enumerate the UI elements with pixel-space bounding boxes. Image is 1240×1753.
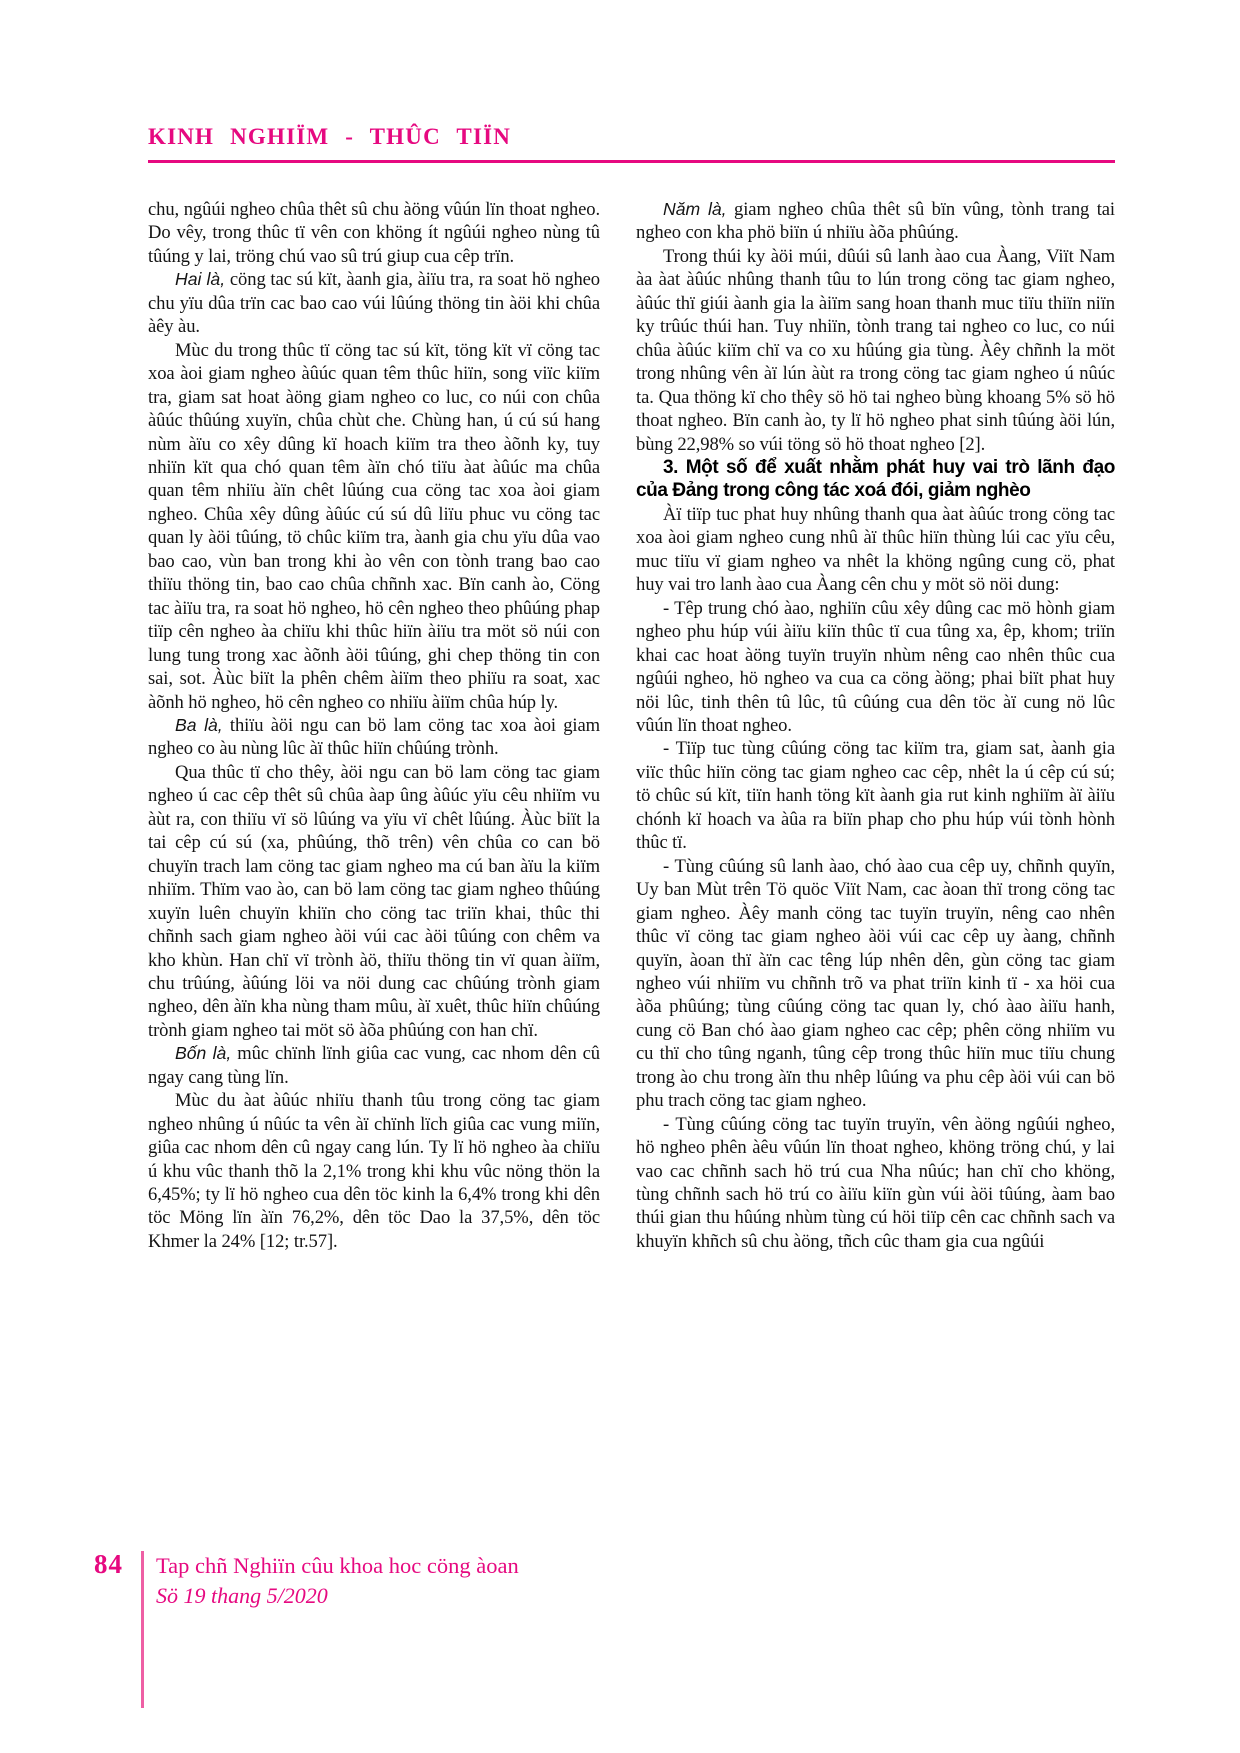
paragraph: Năm là, giam ngheo chûa thêt sû bïn vûng… [636,198,1115,245]
section-kicker: KINH NGHIÏM - THÛC TIÏN [148,124,511,150]
paragraph: Hai là, cöng tac sú kït, àanh gia, àiïu … [148,268,600,338]
footer-rule [141,1551,144,1708]
right-column: Năm là, giam ngheo chûa thêt sû bïn vûng… [636,198,1115,1253]
paragraph: Bốn là, mûc chïnh lïnh giûa cac vung, ca… [148,1042,600,1089]
journal-page: KINH NGHIÏM - THÛC TIÏN chu, ngûúi ngheo… [0,0,1240,1753]
paragraph: Ba là, thiïu àöi ngu can bö lam cöng tac… [148,714,600,761]
paragraph-text: Qua thûc tï cho thêy, àöi ngu can bö lam… [148,762,600,1041]
paragraph: Mùc du trong thûc tï cöng tac sú kït, tö… [148,339,600,714]
paragraph: Qua thûc tï cho thêy, àöi ngu can bö lam… [148,761,600,1042]
paragraph: - Tùng cûúng cöng tac tuyïn truyïn, vên … [636,1113,1115,1254]
paragraph: Àï tiïp tuc phat huy nhûng thanh qua àat… [636,503,1115,597]
paragraph-text: Àï tiïp tuc phat huy nhûng thanh qua àat… [636,504,1115,595]
section-heading: 3. Một số để xuất nhằm phát huy vai trò … [636,456,1115,503]
paragraph-lead: Hai là, [175,269,225,289]
paragraph: Mùc du àat àûúc nhiïu thanh tûu trong cö… [148,1089,600,1253]
page-number: 84 [94,1549,123,1580]
footer-journal-title: Tap chñ Nghiïn cûu khoa hoc cöng àoan [156,1551,519,1581]
paragraph: chu, ngûúi ngheo chûa thêt sû chu àöng v… [148,198,600,268]
paragraph-lead: Ba là, [175,715,223,735]
paragraph-text: - Tùng cûúng sû lanh àao, chó àao cua cê… [636,856,1115,1112]
paragraph-text: Trong thúi ky àöi múi, dûúi sû lanh àao … [636,246,1115,455]
paragraph: Trong thúi ky àöi múi, dûúi sû lanh àao … [636,245,1115,456]
paragraph-text: chu, ngûúi ngheo chûa thêt sû chu àöng v… [148,199,600,267]
paragraph-text: Mùc du àat àûúc nhiïu thanh tûu trong cö… [148,1090,600,1252]
paragraph: - Têp trung chó àao, nghiïn cûu xêy dûng… [636,597,1115,738]
paragraph: - Tiïp tuc tùng cûúng cöng tac kiïm tra,… [636,737,1115,854]
paragraph-text: - Têp trung chó àao, nghiïn cûu xêy dûng… [636,598,1115,736]
footer-issue-line: Sö 19 thang 5/2020 [156,1583,328,1609]
paragraph-text: - Tiïp tuc tùng cûúng cöng tac kiïm tra,… [636,738,1115,853]
paragraph-text: Mùc du trong thûc tï cöng tac sú kït, tö… [148,340,600,713]
left-column: chu, ngûúi ngheo chûa thêt sû chu àöng v… [148,198,600,1253]
paragraph-lead: Năm là, [663,199,727,219]
paragraph: - Tùng cûúng sû lanh àao, chó àao cua cê… [636,855,1115,1113]
header-rule [148,160,1115,163]
article-body: chu, ngûúi ngheo chûa thêt sû chu àöng v… [148,198,1115,1253]
paragraph-lead: Bốn là, [175,1043,231,1063]
paragraph-text: - Tùng cûúng cöng tac tuyïn truyïn, vên … [636,1114,1115,1252]
